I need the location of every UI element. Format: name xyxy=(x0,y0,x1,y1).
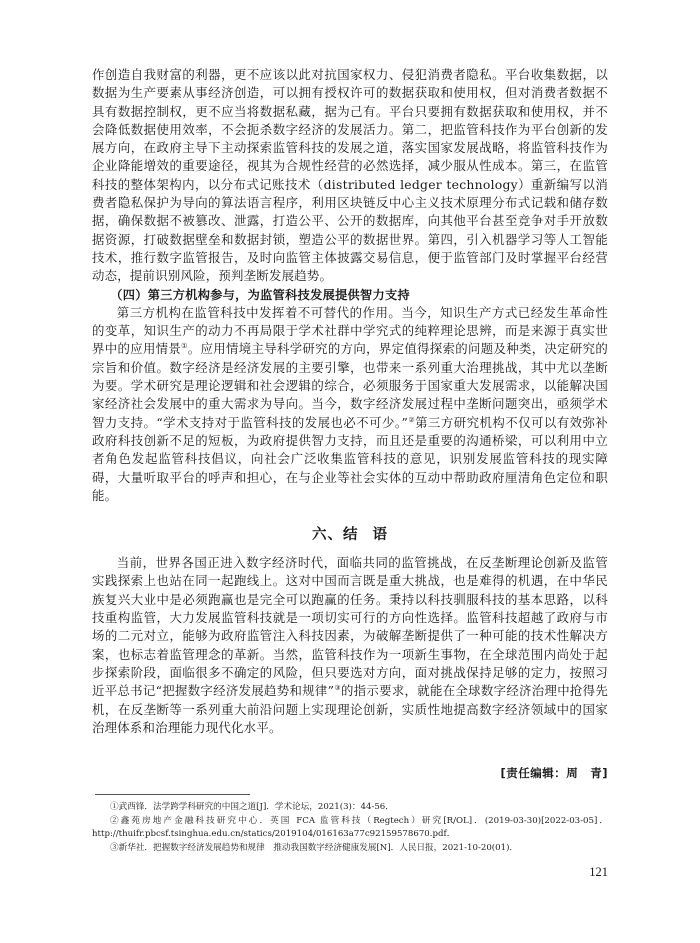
page-body: 作创造自我财富的利器，更不应该以此对抗国家权力、侵犯消费者隐私。平台收集数据，以… xyxy=(92,66,608,781)
paragraph-text: 当前，世界各国正进入数字经济时代，面临共同的监管挑战，在反垄断理论创新及监管实践… xyxy=(92,555,608,698)
footnote-2: ②鑫苑房地产金融科技研究中心．英国 FCA 监管科技（Regtech）研究[R/… xyxy=(92,815,608,842)
subheading-third-party-institutions: （四）第三方机构参与，为监管科技发展提供智力支持 xyxy=(92,286,608,304)
footnote-1: ①武西锋．法学跨学科研究的中国之道[J]．学术论坛，2021(3)：44-56． xyxy=(92,801,608,815)
footnotes: ①武西锋．法学跨学科研究的中国之道[J]．学术论坛，2021(3)：44-56．… xyxy=(92,794,608,855)
page-number: 121 xyxy=(589,865,608,880)
responsible-editor: [责任编辑：周青] xyxy=(92,765,608,781)
section-title-part: 六、结 xyxy=(312,527,359,543)
footnote-ref-1[interactable]: ① xyxy=(181,342,188,350)
editor-label: [责任编辑：周 xyxy=(500,766,578,780)
editor-name-end: 青] xyxy=(590,766,608,780)
footnote-separator xyxy=(95,794,250,795)
section-title-part: 语 xyxy=(373,527,389,543)
conclusion-paragraph: 当前，世界各国正进入数字经济时代，面临共同的监管挑战，在反垄断理论创新及监管实践… xyxy=(92,554,608,737)
section-title-conclusion: 六、结语 xyxy=(92,523,608,544)
footnote-ref-3[interactable]: ③ xyxy=(334,684,341,692)
body-paragraph-platform-data: 作创造自我财富的利器，更不应该以此对抗国家权力、侵犯消费者隐私。平台收集数据，以… xyxy=(92,66,608,286)
footnote-3: ③新华社．把握数字经济发展趋势和规律 推动我国数字经济健康发展[N]．人民日报，… xyxy=(92,842,608,856)
body-paragraph-third-party: 第三方机构在监管科技中发挥着不可替代的作用。当今，知识生产方式已经发生革命性的变… xyxy=(92,304,608,505)
